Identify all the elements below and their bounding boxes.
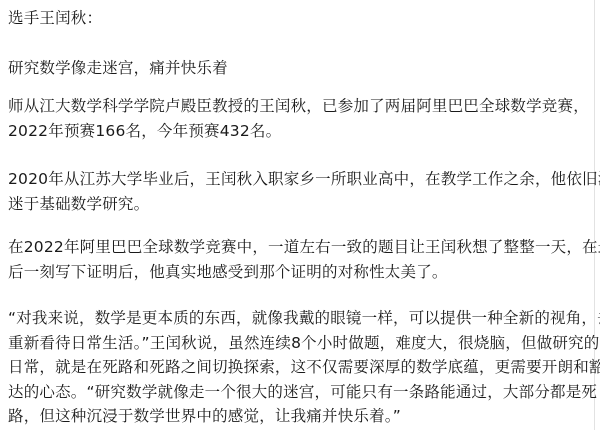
- paragraph-line: 2022年预赛166名，今年预赛432名。: [8, 119, 583, 144]
- paragraph-line: 后一刻写下证明后，他真实地感受到那个证明的对称性太美了。: [8, 260, 583, 285]
- paragraph-2: 2020年从江苏大学毕业后，王闰秋入职家乡一所职业高中，在教学工作之余，他依旧沉…: [8, 167, 583, 216]
- article-subheading: 研究数学像走迷宫，痛并快乐着: [8, 56, 228, 80]
- paragraph-3: 在2022年阿里巴巴全球数学竞赛中，一道左右一致的题目让王闰秋想了整整一天，在最…: [8, 235, 583, 284]
- paragraph-line: 重新看待日常生活。”王闰秋说，虽然连续8个小时做题，难度大，很烧脑，但做研究的: [8, 331, 583, 356]
- paragraph-line: 迷于基础数学研究。: [8, 192, 583, 217]
- paragraph-4: “对我来说，数学是更本质的东西，就像我戴的眼镜一样，可以提供一种全新的视角，去 …: [8, 306, 583, 429]
- paragraph-1: 师从江大数学科学学院卢殿臣教授的王闰秋，已参加了两届阿里巴巴全球数学竞赛， 20…: [8, 94, 583, 143]
- article-page: 选手王闰秋： 研究数学像走迷宫，痛并快乐着 师从江大数学科学学院卢殿臣教授的王闰…: [0, 0, 595, 430]
- paragraph-line: 2020年从江苏大学毕业后，王闰秋入职家乡一所职业高中，在教学工作之余，他依旧沉: [8, 167, 583, 192]
- paragraph-line: 在2022年阿里巴巴全球数学竞赛中，一道左右一致的题目让王闰秋想了整整一天，在最: [8, 235, 583, 260]
- article-heading: 选手王闰秋：: [8, 6, 102, 30]
- paragraph-line: 日常，就是在死路和死路之间切换探索，这不仅需要深厚的数学底蕴，更需要开朗和豁: [8, 355, 583, 380]
- paragraph-line: 达的心态。“研究数学就像走一个很大的迷宫，可能只有一条路能通过，大部分都是死: [8, 380, 583, 405]
- paragraph-line: 路，但这种沉浸于数学世界中的感觉，让我痛并快乐着。”: [8, 404, 583, 429]
- paragraph-line: “对我来说，数学是更本质的东西，就像我戴的眼镜一样，可以提供一种全新的视角，去: [8, 306, 583, 331]
- paragraph-line: 师从江大数学科学学院卢殿臣教授的王闰秋，已参加了两届阿里巴巴全球数学竞赛，: [8, 94, 583, 119]
